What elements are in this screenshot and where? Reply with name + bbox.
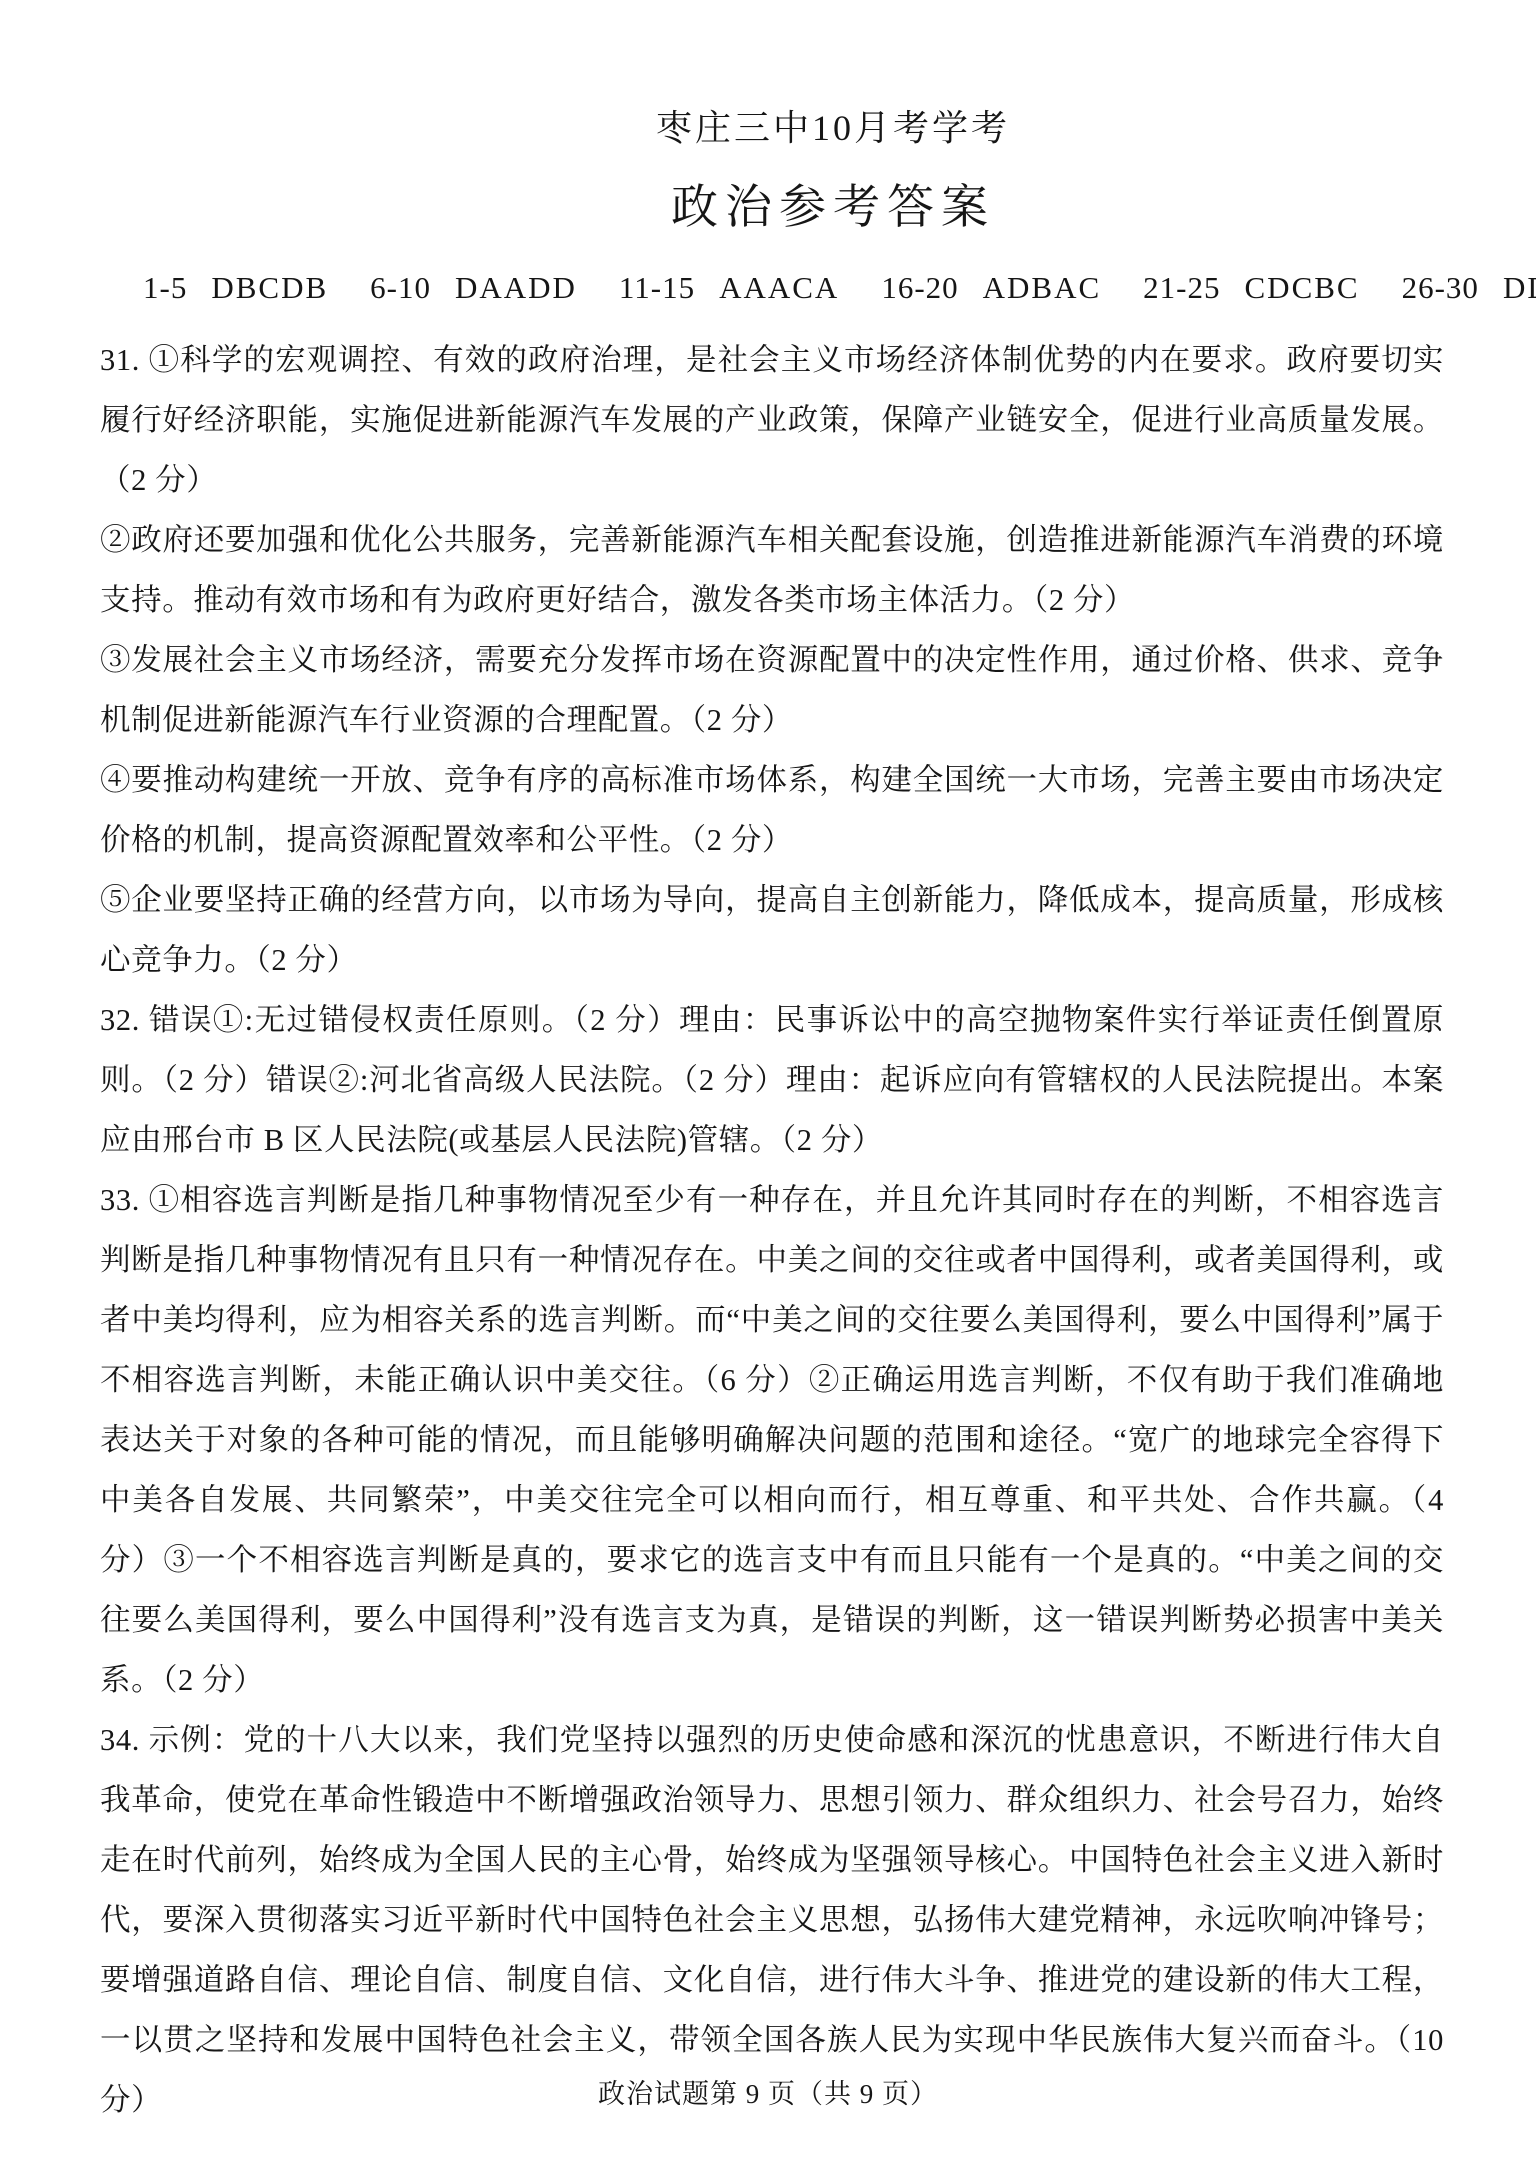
answer-keys: ADBAC [983,270,1102,305]
objective-answers-line: 1-5DBCDB6-10DAADD11-15AAACA16-20ADBAC21-… [0,270,1536,306]
answer-keys: DAADD [455,270,577,305]
answer-range: 16-20 [881,270,958,305]
answer-keys: CDCBC [1245,270,1360,305]
exam-title: 枣庄三中10月考学考 [130,106,1536,150]
answer-31-point-2: ②政府还要加强和优化公共服务，完善新能源汽车相关配套设施，创造推进新能源汽车消费… [100,510,1444,630]
answer-31-point-3: ③发展社会主义市场经济，需要充分发挥市场在资源配置中的决定性作用，通过价格、供求… [100,630,1444,750]
answer-range: 1-5 [143,270,187,305]
page-title: 政治参考答案 [130,180,1536,236]
answer-31-point-1: 31. ①科学的宏观调控、有效的政府治理，是社会主义市场经济体制优势的内在要求。… [100,330,1444,510]
answers-body: 31. ①科学的宏观调控、有效的政府治理，是社会主义市场经济体制优势的内在要求。… [0,330,1536,2130]
answer-31-point-5: ⑤企业要坚持正确的经营方向，以市场为导向，提高自主创新能力，降低成本，提高质量，… [100,870,1444,990]
exam-answer-page: 枣庄三中10月考学考 政治参考答案 1-5DBCDB6-10DAADD11-15… [0,0,1536,2173]
answer-33: 33. ①相容选言判断是指几种事物情况至少有一种存在，并且允许其同时存在的判断，… [100,1170,1444,1710]
answer-31-point-4: ④要推动构建统一开放、竞争有序的高标准市场体系，构建全国统一大市场，完善主要由市… [100,750,1444,870]
answer-range: 11-15 [619,270,695,305]
answer-range: 21-25 [1143,270,1220,305]
answer-range: 26-30 [1402,270,1479,305]
answer-keys: DDDCC [1503,270,1536,305]
answer-34: 34. 示例：党的十八大以来，我们党坚持以强烈的历史使命感和深沉的忧患意识，不断… [100,1710,1444,2130]
page-number-footer: 政治试题第 9 页（共 9 页） [0,2072,1536,2111]
answer-range: 6-10 [370,270,431,305]
document-header: 枣庄三中10月考学考 政治参考答案 [0,0,1536,236]
answer-32: 32. 错误①:无过错侵权责任原则。（2 分）理由：民事诉讼中的高空抛物案件实行… [100,990,1444,1170]
answer-keys: DBCDB [211,270,328,305]
answer-keys: AAACA [719,270,839,305]
